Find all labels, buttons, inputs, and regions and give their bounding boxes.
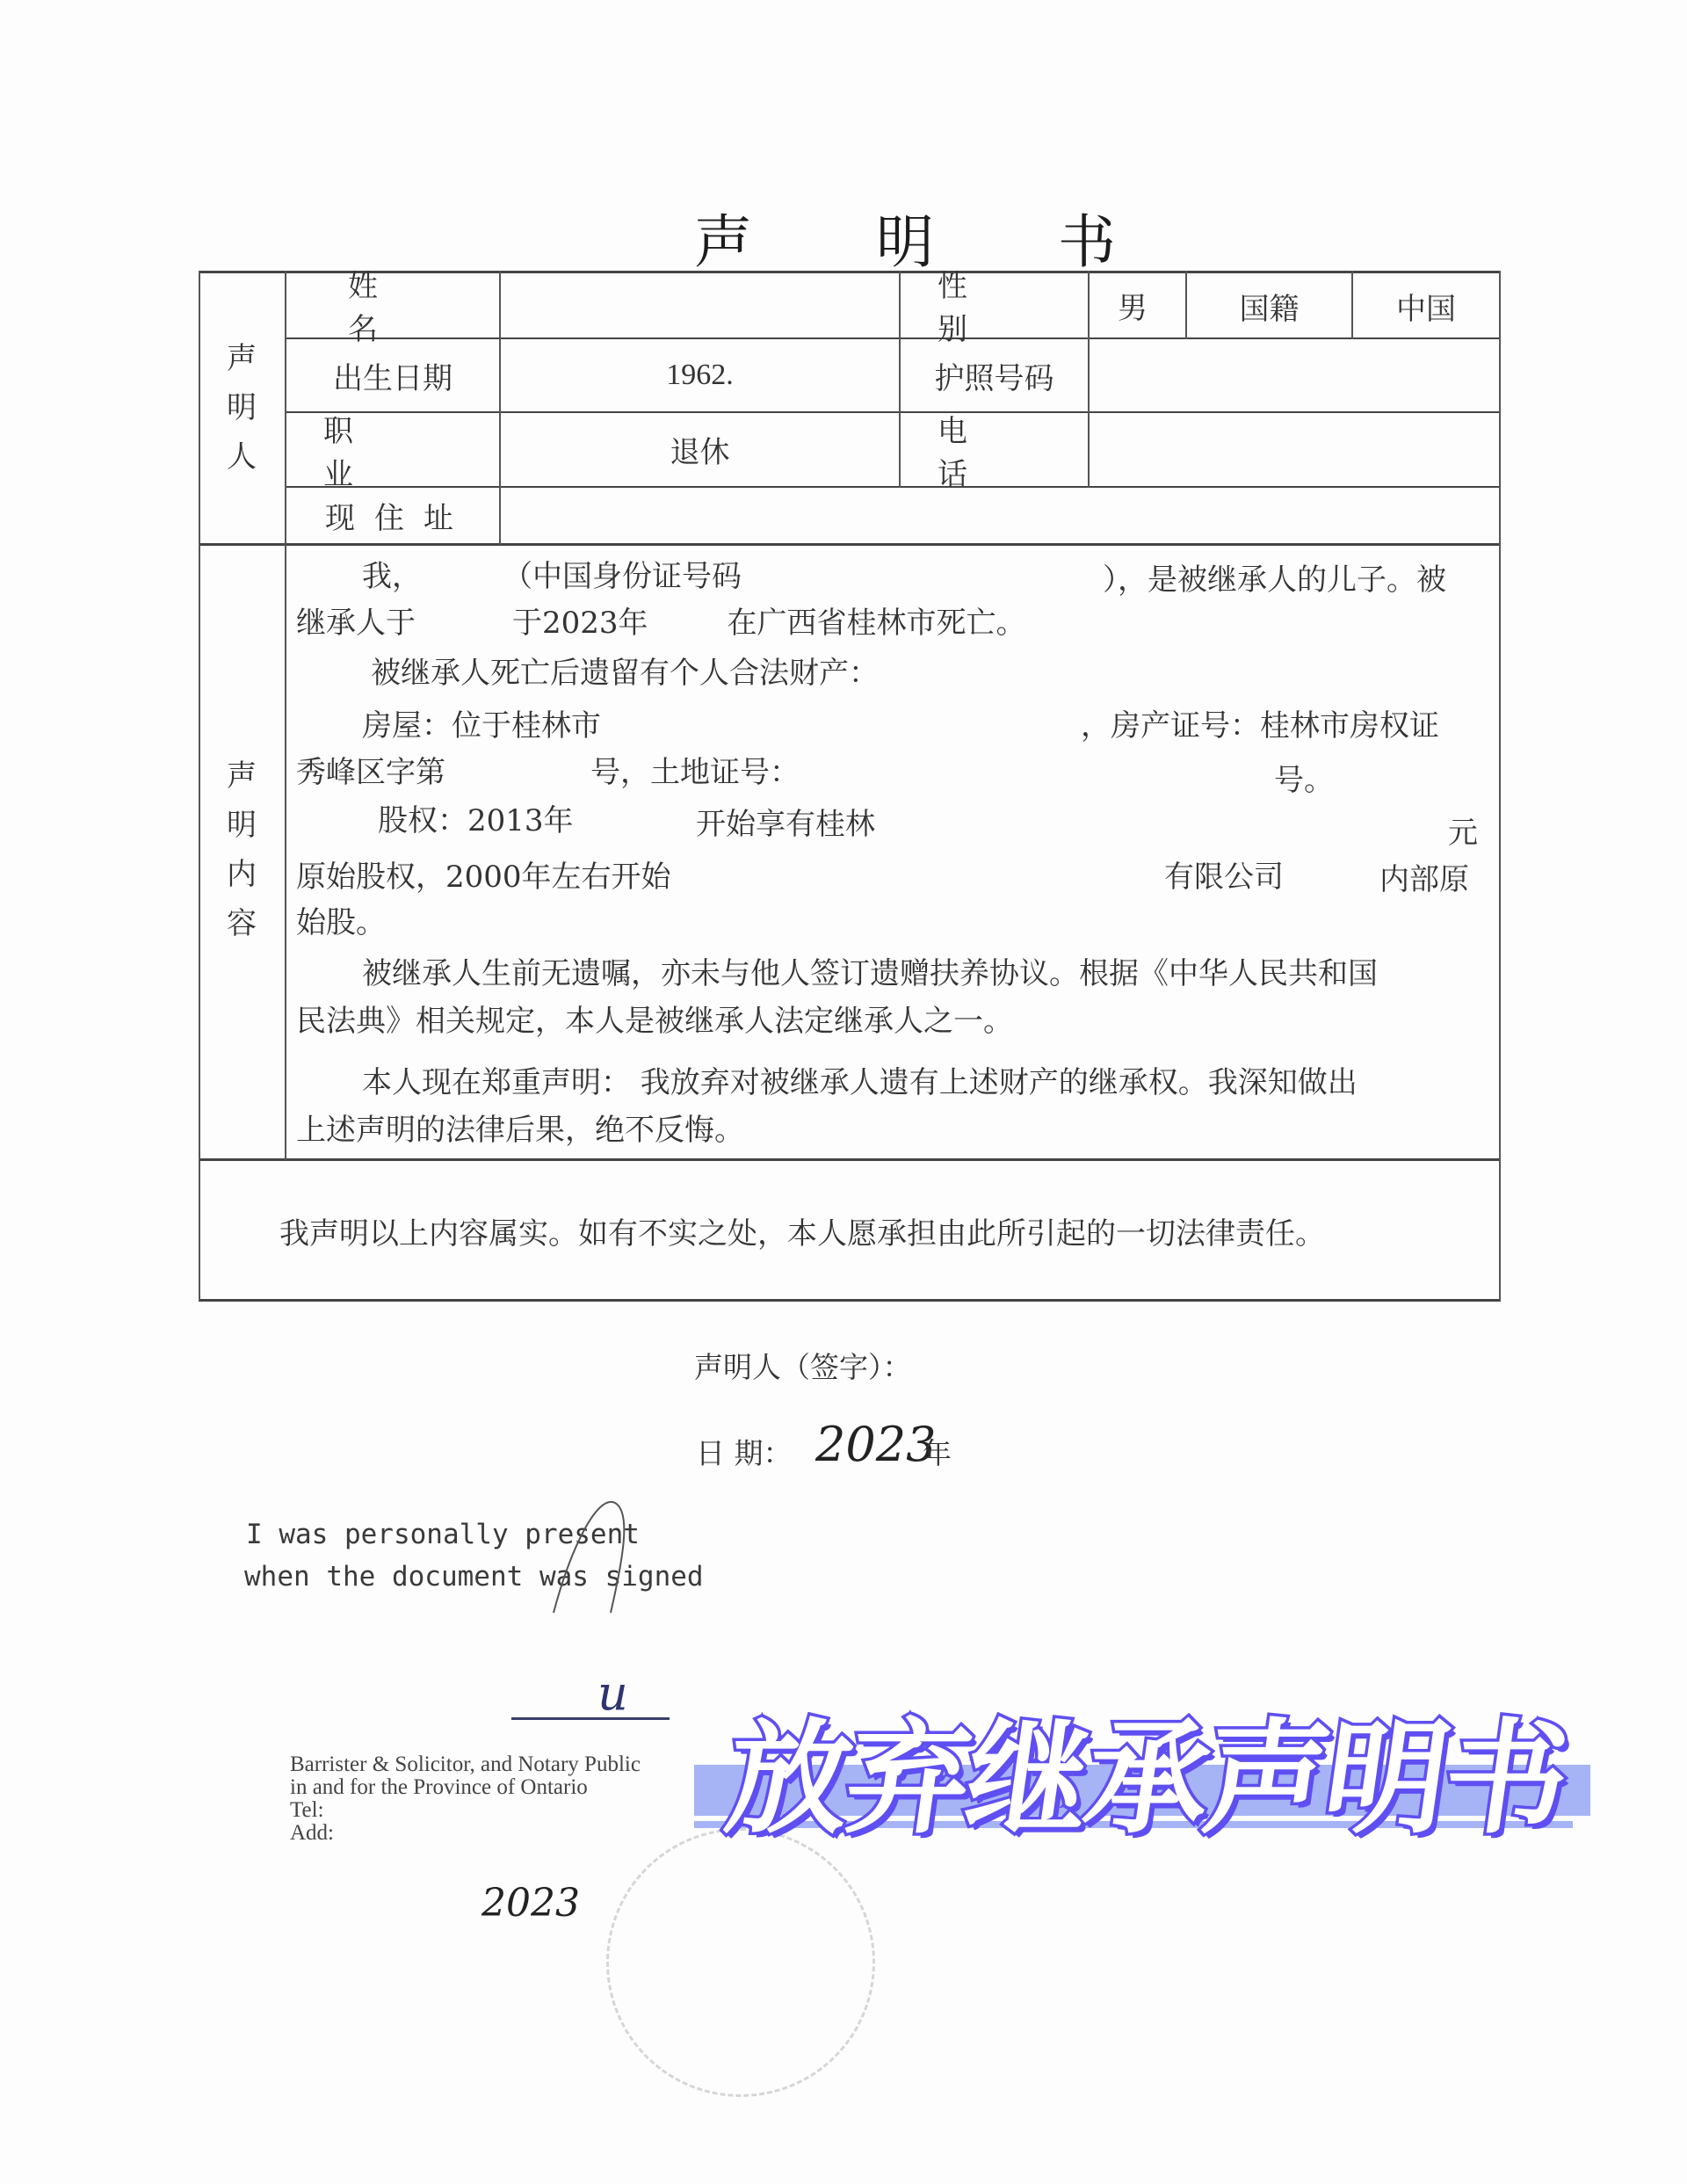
table-border-left (199, 271, 200, 1301)
content-line: ），是被继承人的儿子。被 (1103, 557, 1446, 603)
content-line: 元 (1448, 810, 1478, 856)
content-line: 始股。 (296, 900, 386, 946)
label-char: 明 (224, 801, 259, 850)
content-line: 本人现在郑重声明： 我放弃对被继承人遗有上述财产的继承权。我深知做出 (362, 1060, 1358, 1106)
name-value (501, 272, 899, 337)
content-line: 内部原 (1379, 857, 1469, 903)
content-line: ，房产证号：桂林市房权证 (1081, 703, 1439, 749)
notary-title-line-2: in and for the Province of Ontario (290, 1776, 588, 1799)
dob-value: 1962. (501, 339, 899, 411)
label-char: 明 (224, 383, 259, 432)
notary-title-line-1: Barrister & Solicitor, and Notary Public (290, 1753, 641, 1776)
name-label: 姓名 (286, 272, 499, 337)
declarant-section-label: 声 明 人 (224, 334, 259, 482)
notary-tel: Tel: (290, 1799, 324, 1822)
label-char: 声 (224, 751, 259, 801)
affirmation-statement: 我声明以上内容属实。如有不实之处，本人愿承担由此所引起的一切法律责任。 (279, 1211, 1325, 1257)
occupation-label: 职业 (286, 413, 499, 486)
content-line: 房屋：位于桂林市 (362, 703, 601, 749)
notary-address: Add: (290, 1822, 334, 1845)
signature-label: 声明人（签字）： (694, 1345, 912, 1390)
content-line: 民法典》相关规定，本人是被继承人法定继承人之一。 (296, 998, 1013, 1044)
content-line: 开始享有桂林 (696, 802, 875, 847)
address-label: 现住址 (286, 488, 499, 543)
occupation-value: 退休 (501, 413, 899, 486)
label-char: 容 (224, 899, 259, 948)
phone-label: 电话 (901, 413, 1088, 486)
content-line: 继承人于于2023年在广西省桂林市死亡。 (296, 600, 1026, 646)
date-label: 日 期： (696, 1431, 793, 1477)
gender-label: 性别 (901, 272, 1088, 337)
handwritten-year: 2023 (815, 1417, 936, 1472)
notary-seal-icon (606, 1828, 875, 2097)
passport-label: 护照号码 (901, 339, 1088, 411)
content-line: 秀峰区字第号，土地证号： (296, 750, 800, 795)
content-line: 上述声明的法律后果，绝不反悔。 (296, 1107, 744, 1153)
content-line: 号。 (1274, 758, 1334, 803)
content-section-label: 声 明 内 容 (224, 751, 259, 948)
table-border-right (1499, 271, 1501, 1301)
notary-handwritten-year: 2023 (481, 1881, 580, 1926)
table-border-bottom (199, 1299, 1501, 1302)
signature-underline (511, 1717, 670, 1720)
label-char: 声 (224, 334, 259, 383)
dob-label: 出生日期 (286, 339, 499, 411)
notary-signature: u (597, 1665, 628, 1721)
label-char: 人 (224, 432, 259, 482)
content-line: 原始股权，2000年左右开始 (296, 854, 671, 900)
date-year-suffix: 年 (923, 1431, 952, 1477)
nationality-value: 中国 (1353, 272, 1499, 339)
overlay-title: 放弃继承声明书 (717, 1680, 1578, 1857)
address-value (501, 488, 1499, 543)
content-line: 股权：2013年 (378, 798, 574, 844)
section-divider (199, 543, 1501, 546)
content-line: 我，（中国身份证号码 (362, 554, 742, 599)
label-char: 内 (224, 850, 259, 899)
nationality-label: 国籍 (1187, 272, 1351, 339)
content-line: 被继承人死亡后遗留有个人合法财产： (371, 650, 879, 696)
content-line: 被继承人生前无遗嘱，亦未与他人签订遗赠扶养协议。根据《中华人民共和国 (362, 951, 1378, 997)
content-line: 有限公司 (1164, 854, 1284, 900)
passport-value (1090, 339, 1499, 411)
gender-value: 男 (1090, 272, 1185, 337)
phone-value (1090, 413, 1499, 486)
notary-signature-stroke-icon (527, 1494, 668, 1617)
section-divider (199, 1158, 1501, 1161)
